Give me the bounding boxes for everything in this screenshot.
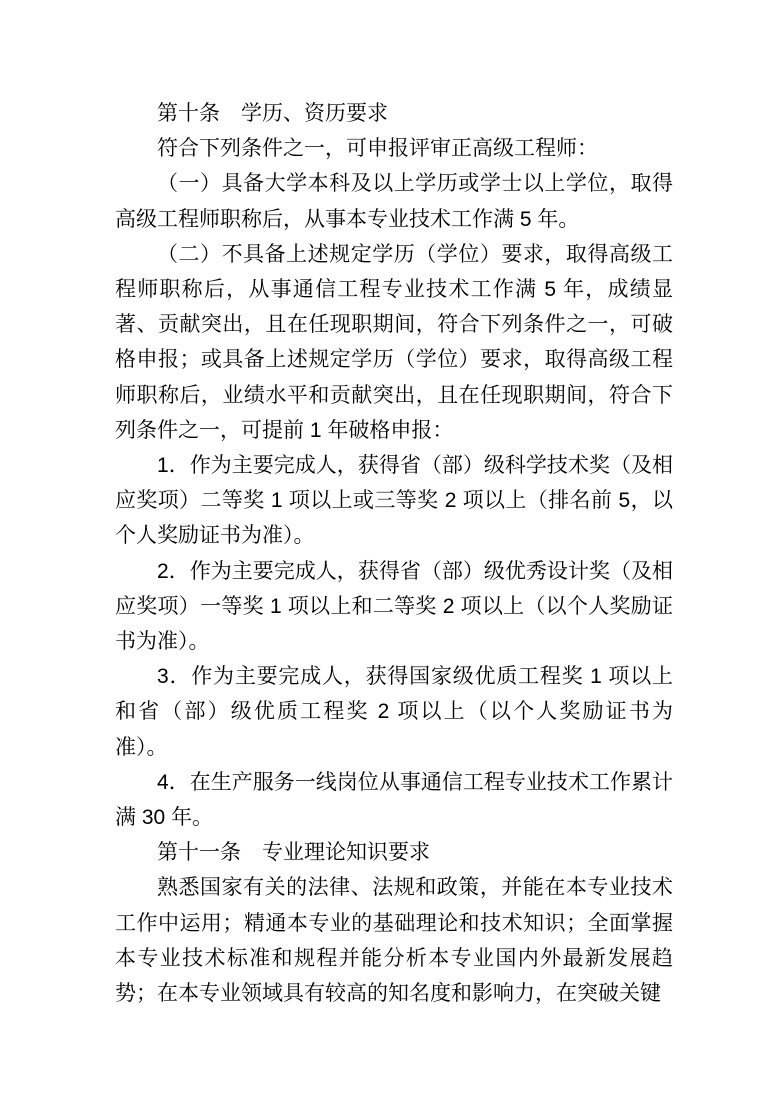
exception-item-2: 2．作为主要完成人，获得省（部）级优秀设计奖（及相应奖项）一等奖 1 项以上和二…	[115, 554, 673, 660]
document-text-block: 第十条 学历、资历要求符合下列条件之一，可申报评审正高级工程师：（一）具备大学本…	[115, 96, 673, 1011]
article-11-body: 熟悉国家有关的法律、法规和政策，并能在本专业技术工作中运用；精通本专业的基础理论…	[115, 870, 673, 1011]
article-10-heading: 第十条 学历、资历要求	[115, 96, 673, 131]
exception-item-4: 4．在生产服务一线岗位从事通信工程专业技术工作累计满 30 年。	[115, 765, 673, 835]
article-10-item-2: （二）不具备上述规定学历（学位）要求，取得高级工程师职称后，从事通信工程专业技术…	[115, 237, 673, 448]
exception-item-1: 1．作为主要完成人，获得省（部）级科学技术奖（及相应奖项）二等奖 1 项以上或三…	[115, 448, 673, 554]
article-11-heading: 第十一条 专业理论知识要求	[115, 835, 673, 870]
document-page: 第十条 学历、资历要求符合下列条件之一，可申报评审正高级工程师：（一）具备大学本…	[0, 0, 777, 1099]
article-10-item-1: （一）具备大学本科及以上学历或学士以上学位，取得高级工程师职称后，从事本专业技术…	[115, 166, 673, 236]
article-10-intro: 符合下列条件之一，可申报评审正高级工程师：	[115, 131, 673, 166]
exception-item-3: 3．作为主要完成人，获得国家级优质工程奖 1 项以上和省（部）级优质工程奖 2 …	[115, 659, 673, 765]
